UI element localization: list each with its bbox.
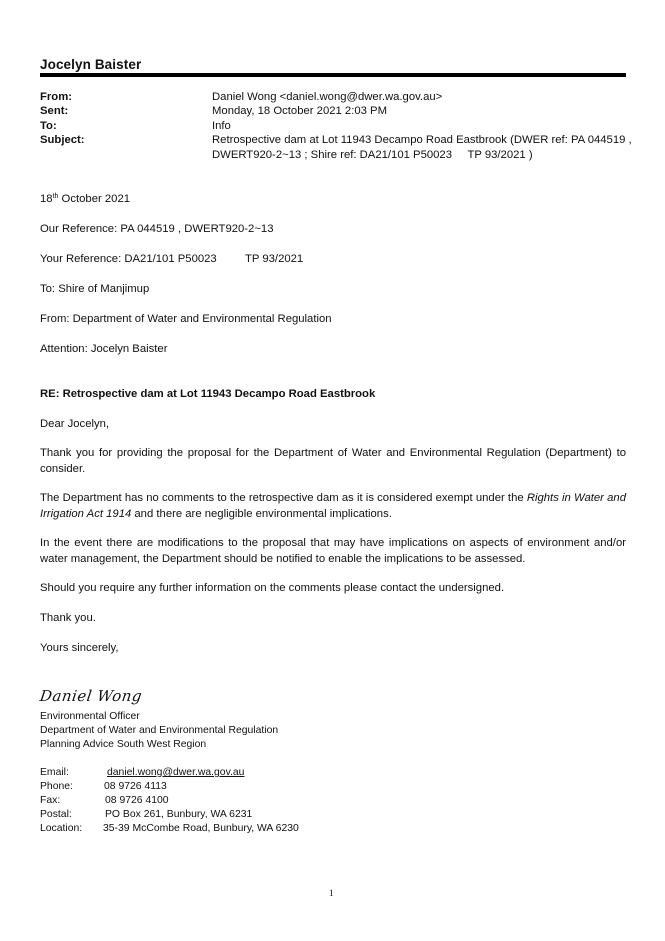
re-line: RE: Retrospective dam at Lot 11943 Decam… (40, 387, 375, 402)
paragraph-2: The Department has no comments to the re… (40, 491, 626, 522)
location-value: 35-39 McCombe Road, Bunbury, WA 6230 (103, 822, 299, 836)
your-reference-tp: TP 93/2021 (245, 252, 303, 267)
subject-value-line1: Retrospective dam at Lot 11943 Decampo R… (212, 133, 632, 147)
letter-to: To: Shire of Manjimup (40, 282, 149, 297)
paragraph-4: Should you require any further informati… (40, 581, 504, 596)
email-label: Email: (40, 766, 69, 780)
salutation: Dear Jocelyn, (40, 417, 109, 432)
paragraph-3: In the event there are modifications to … (40, 536, 626, 567)
signature-department: Department of Water and Environmental Re… (40, 724, 278, 738)
paragraph-2-text: The Department has no comments to the re… (40, 492, 527, 504)
email-printout-page: Jocelyn Baister From: Daniel Wong <danie… (0, 0, 665, 941)
fax-label: Fax: (40, 794, 60, 808)
our-reference: Our Reference: PA 044519 , DWERT920-2~13 (40, 222, 274, 237)
mailbox-owner-name: Jocelyn Baister (40, 57, 141, 72)
header-rule (40, 73, 626, 77)
postal-label: Postal: (40, 808, 72, 822)
to-label: To: (40, 119, 57, 133)
date-day: 18 (40, 193, 53, 205)
email-link[interactable]: daniel.wong@dwer.wa.gov.au (107, 766, 244, 780)
phone-label: Phone: (40, 780, 73, 794)
page-number: 1 (329, 888, 334, 898)
paragraph-1: Thank you for providing the proposal for… (40, 446, 626, 477)
location-label: Location: (40, 822, 82, 836)
subject-value-line2: DWERT920-2~13 ; Shire ref: DA21/101 P500… (212, 148, 533, 162)
fax-value: 08 9726 4100 (105, 794, 169, 808)
paragraph-2-text-end: and there are negligible environmental i… (131, 508, 392, 520)
letter-from: From: Department of Water and Environmen… (40, 312, 332, 327)
letter-attention: Attention: Jocelyn Baister (40, 342, 167, 357)
sent-value: Monday, 18 October 2021 2:03 PM (212, 104, 387, 118)
signature-title: Environmental Officer (40, 710, 140, 724)
to-value: Info (212, 119, 231, 133)
letter-date: 18th October 2021 (40, 192, 130, 207)
from-label: From: (40, 90, 72, 104)
phone-value: 08 9726 4113 (104, 780, 167, 794)
thanks-line: Thank you. (40, 611, 96, 626)
sent-label: Sent: (40, 104, 68, 118)
handwritten-signature: Daniel Wong (39, 687, 144, 705)
subject-label: Subject: (40, 133, 85, 147)
postal-value: PO Box 261, Bunbury, WA 6231 (105, 808, 252, 822)
signature-branch: Planning Advice South West Region (40, 738, 206, 752)
from-value: Daniel Wong <daniel.wong@dwer.wa.gov.au> (212, 90, 442, 104)
closing-line: Yours sincerely, (40, 641, 119, 656)
date-rest: October 2021 (58, 193, 130, 205)
your-reference: Your Reference: DA21/101 P50023 (40, 252, 217, 267)
